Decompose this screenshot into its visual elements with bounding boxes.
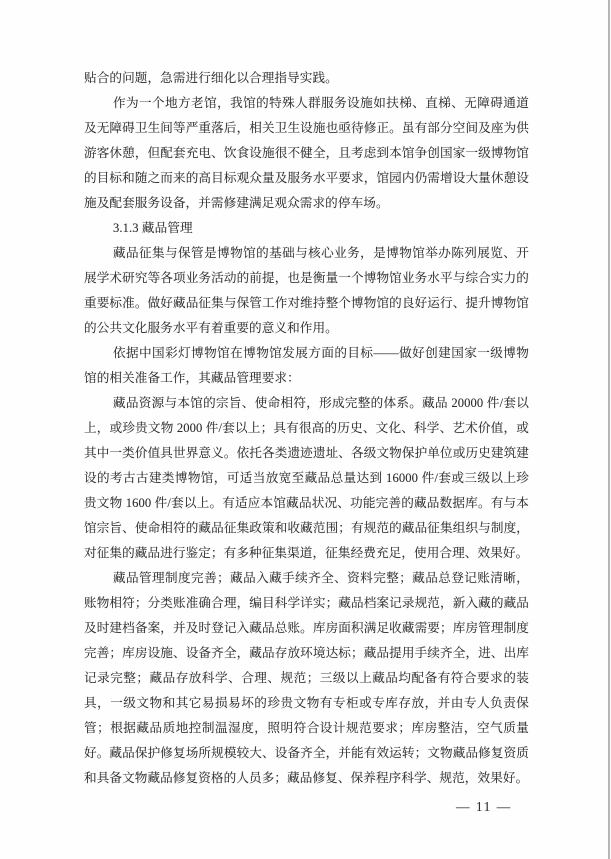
paragraph-visitor-facilities: 作为一个地方老馆，我馆的特殊人群服务设施如扶梯、直梯、无障碍通道及无障碍卫生间等… bbox=[84, 91, 529, 216]
document-page: 贴合的问题，急需进行细化以合理指导实践。 作为一个地方老馆，我馆的特殊人群服务设… bbox=[0, 0, 611, 859]
page-number: — 11 — bbox=[456, 799, 512, 815]
paragraph-collection-importance: 藏品征集与保管是博物馆的基础与核心业务，是博物馆举办陈列展览、开展学术研究等各项… bbox=[84, 241, 529, 341]
paragraph-museum-goal: 依据中国彩灯博物馆在博物馆发展方面的目标——做好创建国家一级博物馆的相关准备工作… bbox=[84, 341, 529, 391]
document-body: 贴合的问题，急需进行细化以合理指导实践。 作为一个地方老馆，我馆的特殊人群服务设… bbox=[84, 66, 529, 791]
section-heading-collection-management: 3.1.3 藏品管理 bbox=[84, 216, 529, 241]
paragraph-collection-system: 藏品管理制度完善；藏品入藏手续齐全、资料完整；藏品总登记账清晰，账物相符；分类账… bbox=[84, 566, 529, 791]
scan-edge-artifact bbox=[608, 0, 610, 859]
paragraph-continuation: 贴合的问题，急需进行细化以合理指导实践。 bbox=[84, 66, 529, 91]
paragraph-collection-requirements: 藏品资源与本馆的宗旨、使命相符，形成完整的体系。藏品 20000 件/套以上，或… bbox=[84, 391, 529, 566]
